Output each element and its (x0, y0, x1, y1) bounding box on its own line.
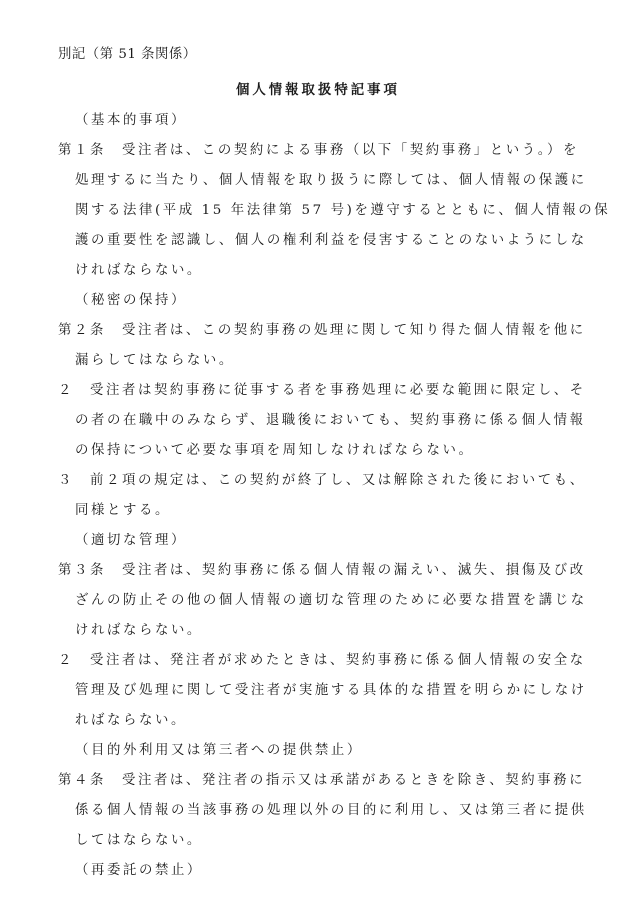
article-4-line: 係る個人情報の当該事務の処理以外の目的に利用し、又は第三者に提供 (75, 802, 587, 820)
article-3-line: ２ 受注者は、発注者が求めたときは、契約事務に係る個人情報の安全な (58, 652, 586, 670)
article-2-line: ３ 前２項の規定は、この契約が終了し、又は解除された後においても、 (58, 472, 586, 490)
section-heading: （再委託の禁止） (75, 862, 203, 880)
article-3-line: ざんの防止その他の個人情報の適切な管理のために必要な措置を講じな (75, 592, 587, 610)
article-2-line: の者の在職中のみならず、退職後においても、契約事務に係る個人情報 (75, 412, 586, 430)
article-3-line: ければならない。 (75, 622, 203, 640)
section-heading: （基本的事項） (75, 112, 187, 130)
section-heading: （目的外利用又は第三者への提供禁止） (75, 742, 363, 760)
section-heading: （秘密の保持） (75, 292, 187, 310)
article-1-line: 護の重要性を認識し、個人の権利利益を侵害することのないようにしな (75, 232, 587, 250)
article-2-line: の保持について必要な事項を周知しなければならない。 (75, 442, 475, 460)
article-3-line: ればならない。 (75, 712, 187, 730)
article-1-line: 第１条 受注者は、この契約による事務（以下「契約事務」という。）を (58, 142, 579, 160)
section-heading: （適切な管理） (75, 532, 187, 550)
article-2-line: ２ 受注者は契約事務に従事する者を事務処理に必要な範囲に限定し、そ (58, 382, 586, 400)
article-3-line: 第３条 受注者は、契約事務に係る個人情報の漏えい、滅失、損傷及び改 (58, 562, 586, 580)
article-1-line: 処理するに当たり、個人情報を取り扱うに際しては、個人情報の保護に (75, 172, 587, 190)
article-4-line: 第４条 受注者は、発注者の指示又は承諾があるときを除き、契約事務に (58, 772, 585, 790)
article-1-line: 関する法律(平成 15 年法律第 57 号)を遵守するとともに、個人情報の保 (75, 202, 610, 220)
document-title: 個人情報取扱特記事項 (236, 81, 400, 99)
article-3-line: 管理及び処理に関して受注者が実施する具体的な措置を明らかにしなけ (75, 682, 587, 700)
article-2-line: 第２条 受注者は、この契約事務の処理に関して知り得た個人情報を他に (58, 322, 586, 340)
article-2-line: 漏らしてはならない。 (75, 352, 235, 370)
article-4-line: してはならない。 (75, 832, 203, 850)
article-2-line: 同様とする。 (75, 502, 171, 520)
annex-label: 別記（第 51 条関係） (58, 46, 197, 64)
article-1-line: ければならない。 (75, 262, 203, 280)
